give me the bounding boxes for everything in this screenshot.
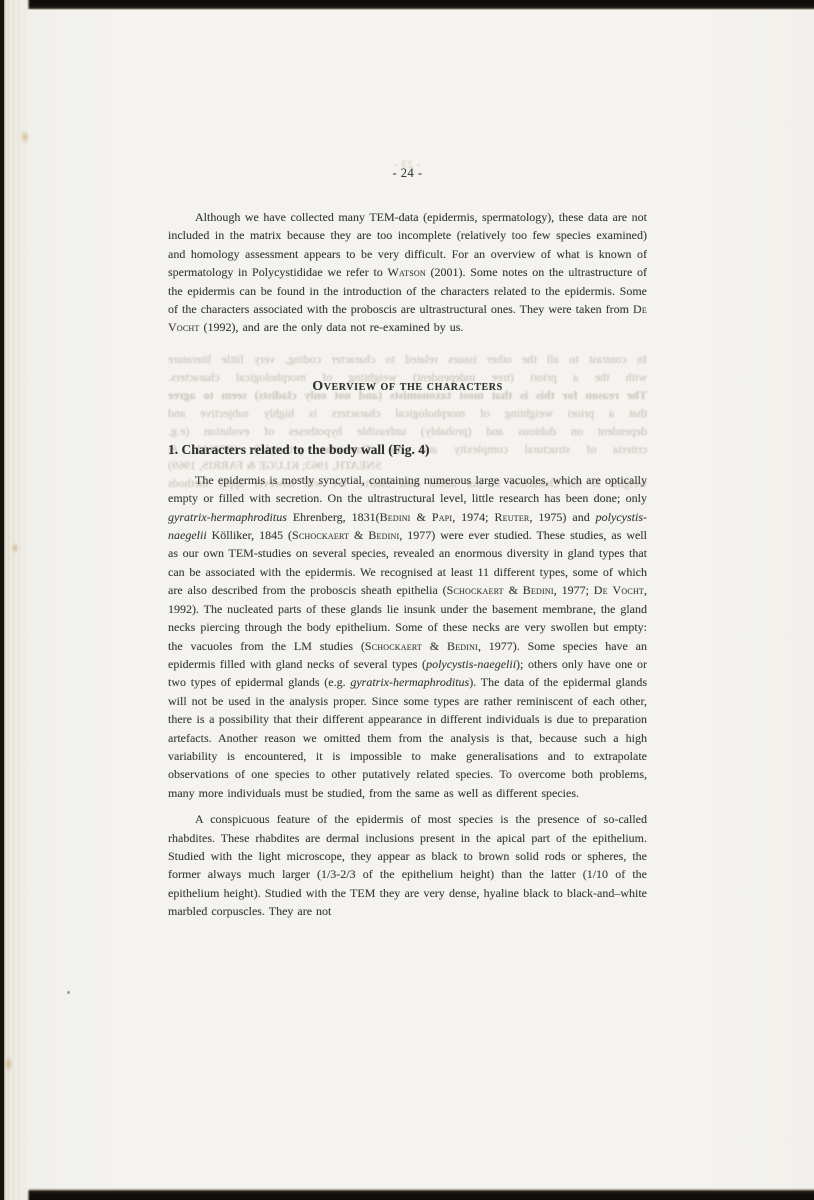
text-run: Bedini (368, 528, 399, 542)
foxing-spot (20, 130, 30, 144)
foxing-spot (11, 542, 19, 554)
text-run: gyratrix-hermaphroditus (350, 675, 469, 689)
paragraph-tem-data: Although we have collected many TEM-data… (168, 208, 647, 337)
text-run: & (411, 510, 432, 524)
scan-edge-bottom (0, 1188, 814, 1200)
text-run: & (504, 583, 523, 597)
subsection-heading: 1. Characters related to the body wall (… (168, 442, 647, 458)
ink-speck (67, 991, 70, 994)
scanned-page: - 23 - In contrast to all the other issu… (0, 0, 814, 1200)
book-page-stack-edge (0, 0, 30, 1200)
foxing-spot (4, 1056, 13, 1072)
scan-edge-top (0, 0, 814, 10)
text-run: Papi (432, 510, 452, 524)
text-column: - 24 - Although we have collected many T… (168, 166, 647, 921)
text-run: Ehrenberg, 1831( (287, 510, 380, 524)
text-run: , 1974; (452, 510, 494, 524)
text-run: gyratrix-hermaphroditus (168, 510, 287, 524)
text-run: Schockaert (292, 528, 349, 542)
text-run: polycystis-naegelii (426, 657, 516, 671)
text-run: (1992), and are the only data not re-exa… (199, 320, 463, 334)
paragraph-rhabdites: A conspicuous feature of the epidermis o… (168, 810, 647, 920)
text-run: Reuter (494, 510, 529, 524)
text-run: The epidermis is mostly syncytial, conta… (168, 473, 647, 505)
text-run: , 1977; (554, 583, 594, 597)
paragraph-epidermis: The epidermis is mostly syncytial, conta… (168, 471, 647, 802)
text-run: Bedini (523, 583, 554, 597)
text-run: & (422, 639, 447, 653)
text-run: Schockaert (447, 583, 504, 597)
text-run: ). The data of the epidermal glands will… (168, 675, 647, 799)
section-heading: Overview of the characters (168, 379, 647, 396)
text-run: Watson (387, 265, 425, 279)
text-run: Bedini (447, 639, 478, 653)
text-run: Schockaert (365, 639, 422, 653)
text-run: Kölliker, 1845 ( (207, 528, 292, 542)
text-run: , 1975) and (529, 510, 595, 524)
text-run: A conspicuous feature of the epidermis o… (168, 812, 647, 918)
text-run: Bedini (380, 510, 411, 524)
text-run: & (349, 528, 368, 542)
text-run: De Vocht (594, 583, 644, 597)
page-number: - 24 - (168, 166, 647, 182)
